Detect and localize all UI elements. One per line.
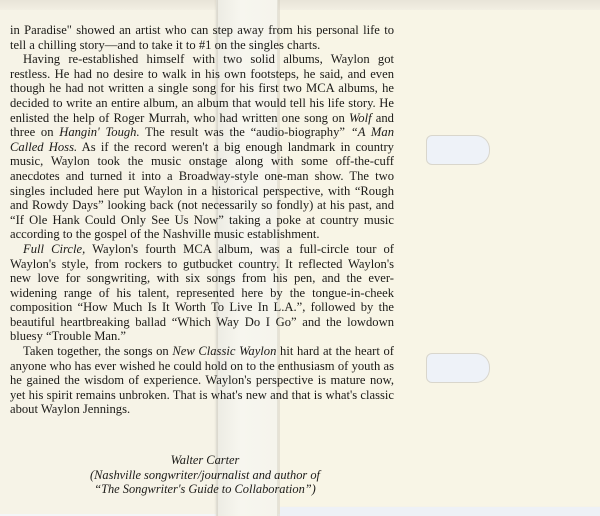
text-run: Waylon's fourth MCA album, was a full-ci… bbox=[10, 242, 394, 344]
signature-block: Walter Carter (Nashville songwriter/jour… bbox=[60, 453, 350, 497]
text-run: As if the record weren't a big enough la… bbox=[10, 140, 394, 242]
text-run: Having re-established himself with two s… bbox=[10, 52, 394, 124]
jcard-bottom-edge bbox=[280, 507, 600, 516]
author-credit-line-2: “The Songwriter's Guide to Collaboration… bbox=[60, 482, 350, 497]
text-run: The result was the “audio-biography” bbox=[140, 125, 351, 139]
italic-title: Hangin' Tough. bbox=[59, 125, 139, 139]
text-run: in Paradise" showed an artist who can st… bbox=[10, 23, 394, 52]
author-name: Walter Carter bbox=[60, 453, 350, 468]
italic-title: Full Circle, bbox=[23, 242, 85, 256]
paragraph: Having re-established himself with two s… bbox=[10, 52, 394, 242]
italic-title: Wolf bbox=[349, 111, 372, 125]
cassette-notch-upper bbox=[426, 135, 490, 165]
liner-notes-body: in Paradise" showed an artist who can st… bbox=[10, 23, 394, 417]
italic-title: New Classic Waylon bbox=[172, 344, 276, 358]
paragraph: Full Circle, Waylon's fourth MCA album, … bbox=[10, 242, 394, 344]
author-credit-line-1: (Nashville songwriter/journalist and aut… bbox=[60, 468, 350, 483]
text-run: Taken together, the songs on bbox=[23, 344, 172, 358]
cassette-notch-lower bbox=[426, 353, 490, 383]
paragraph: in Paradise" showed an artist who can st… bbox=[10, 23, 394, 52]
paragraph: Taken together, the songs on New Classic… bbox=[10, 344, 394, 417]
jcard-top-edge bbox=[0, 0, 600, 10]
